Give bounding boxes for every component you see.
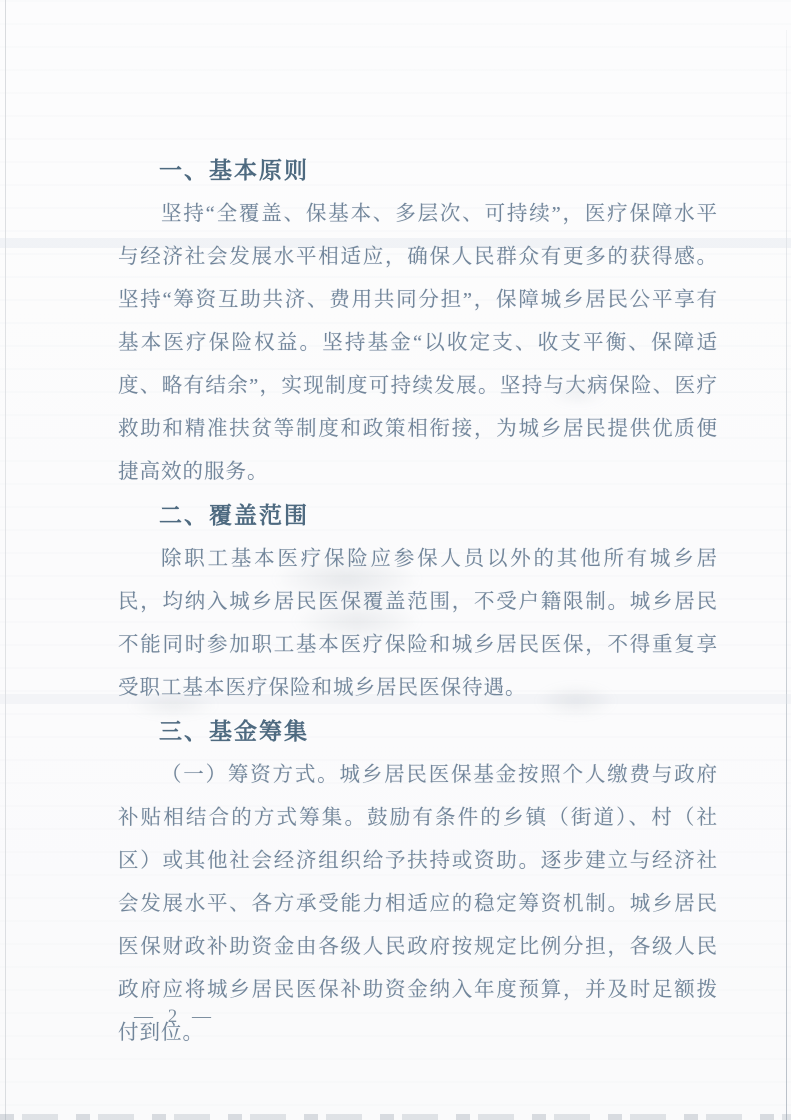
scan-bottom-edge-artifact [0, 1114, 791, 1120]
section-paragraph: 坚持“全覆盖、保基本、多层次、可持续”，医疗保障水平与经济社会发展水平相适应，确… [118, 193, 718, 494]
scan-fold-line-left [5, 0, 6, 1120]
page-number: — 2 — [134, 1006, 216, 1028]
scanned-document-page: 一、基本原则 坚持“全覆盖、保基本、多层次、可持续”，医疗保障水平与经济社会发展… [0, 0, 791, 1120]
scan-edge-line-right [786, 30, 787, 1120]
section-heading-basic-principles: 一、基本原则 [118, 149, 718, 193]
section-paragraph: 除职工基本医疗保险应参保人员以外的其他所有城乡居民，均纳入城乡居民医保覆盖范围，… [118, 538, 718, 710]
section-heading-coverage-scope: 二、覆盖范围 [118, 494, 718, 538]
document-body: 一、基本原则 坚持“全覆盖、保基本、多层次、可持续”，医疗保障水平与经济社会发展… [118, 149, 718, 1055]
section-heading-fund-raising: 三、基金筹集 [118, 710, 718, 754]
